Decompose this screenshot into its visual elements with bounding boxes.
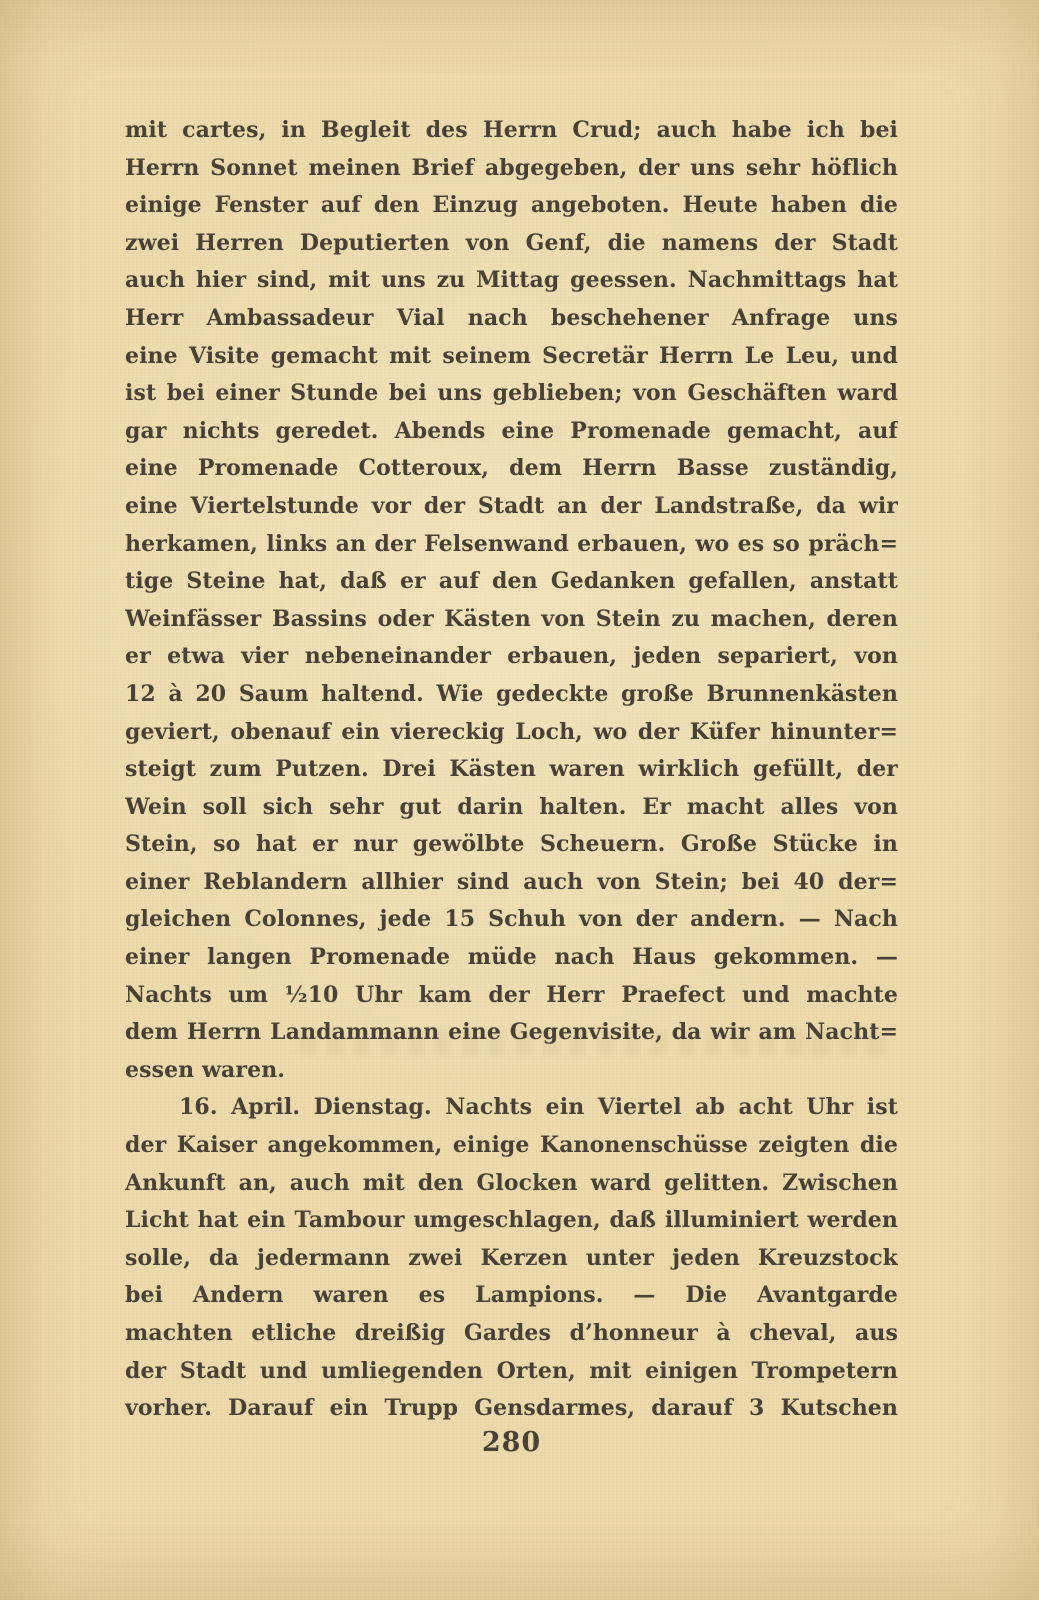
text-line: auch hier sind, mit uns zu Mittag geesse… xyxy=(125,262,898,300)
text-line: Ankunft an, auch mit den Glocken ward ge… xyxy=(125,1165,898,1203)
text-line: eine Visite gemacht mit seinem Secretär … xyxy=(125,338,898,376)
text-line: eine Viertelstunde vor der Stadt an der … xyxy=(125,488,898,526)
text-line: herkamen, links an der Felsenwand erbaue… xyxy=(125,526,898,564)
text-line: mit cartes, in Begleit des Herrn Crud; a… xyxy=(125,112,898,150)
text-line: machten etliche dreißig Gardes d’honneur… xyxy=(125,1315,898,1353)
text-line: Weinfässer Bassins oder Kästen von Stein… xyxy=(125,601,898,639)
text-line: Nachts um ½10 Uhr kam der Herr Praefect … xyxy=(125,977,898,1015)
text-line: er etwa vier nebeneinander erbauen, jede… xyxy=(125,638,898,676)
text-line: solle, da jedermann zwei Kerzen unter je… xyxy=(125,1240,898,1278)
text-line: zwei Herren Deputierten von Genf, die na… xyxy=(125,225,898,263)
text-line: der Kaiser angekommen, einige Kanonensch… xyxy=(125,1127,898,1165)
text-line: vorher. Darauf ein Trupp Gensdarmes, dar… xyxy=(125,1390,898,1428)
paragraph: 16. April. Dienstag. Nachts ein Viertel … xyxy=(125,1089,898,1427)
text-line: gar nichts geredet. Abends eine Promenad… xyxy=(125,413,898,451)
text-line: einige Fenster auf den Einzug angeboten.… xyxy=(125,187,898,225)
text-line: Herrn Sonnet meinen Brief abgegeben, der… xyxy=(125,150,898,188)
text-line: essen waren. xyxy=(125,1052,898,1090)
text-line: der Stadt und umliegenden Orten, mit ein… xyxy=(125,1353,898,1391)
text-line: 16. April. Dienstag. Nachts ein Viertel … xyxy=(125,1089,898,1127)
text-line: Stein, so hat er nur gewölbte Scheuern. … xyxy=(125,826,898,864)
book-page: mit cartes, in Begleit des Herrn Crud; a… xyxy=(0,0,1039,1600)
page-number: 280 xyxy=(125,1424,898,1462)
text-line: Wein soll sich sehr gut darin halten. Er… xyxy=(125,789,898,827)
text-line: einer langen Promenade müde nach Haus ge… xyxy=(125,939,898,977)
text-line: eine Promenade Cotteroux, dem Herrn Bass… xyxy=(125,450,898,488)
text-line: Licht hat ein Tambour umgeschlagen, daß … xyxy=(125,1202,898,1240)
text-line: ist bei einer Stunde bei uns geblieben; … xyxy=(125,375,898,413)
text-line: 12 à 20 Saum haltend. Wie gedeckte große… xyxy=(125,676,898,714)
text-line: bei Andern waren es Lampions. — Die Avan… xyxy=(125,1277,898,1315)
page-text: mit cartes, in Begleit des Herrn Crud; a… xyxy=(125,112,898,1428)
text-line: gleichen Colonnes, jede 15 Schuh von der… xyxy=(125,901,898,939)
text-line: tige Steine hat, daß er auf den Gedanken… xyxy=(125,563,898,601)
text-line: einer Reblandern allhier sind auch von S… xyxy=(125,864,898,902)
text-line: geviert, obenauf ein viereckig Loch, wo … xyxy=(125,714,898,752)
text-line: dem Herrn Landammann eine Gegenvisite, d… xyxy=(125,1014,898,1052)
text-line: steigt zum Putzen. Drei Kästen waren wir… xyxy=(125,751,898,789)
paragraph: mit cartes, in Begleit des Herrn Crud; a… xyxy=(125,112,898,1089)
text-line: Herr Ambassadeur Vial nach beschehener A… xyxy=(125,300,898,338)
